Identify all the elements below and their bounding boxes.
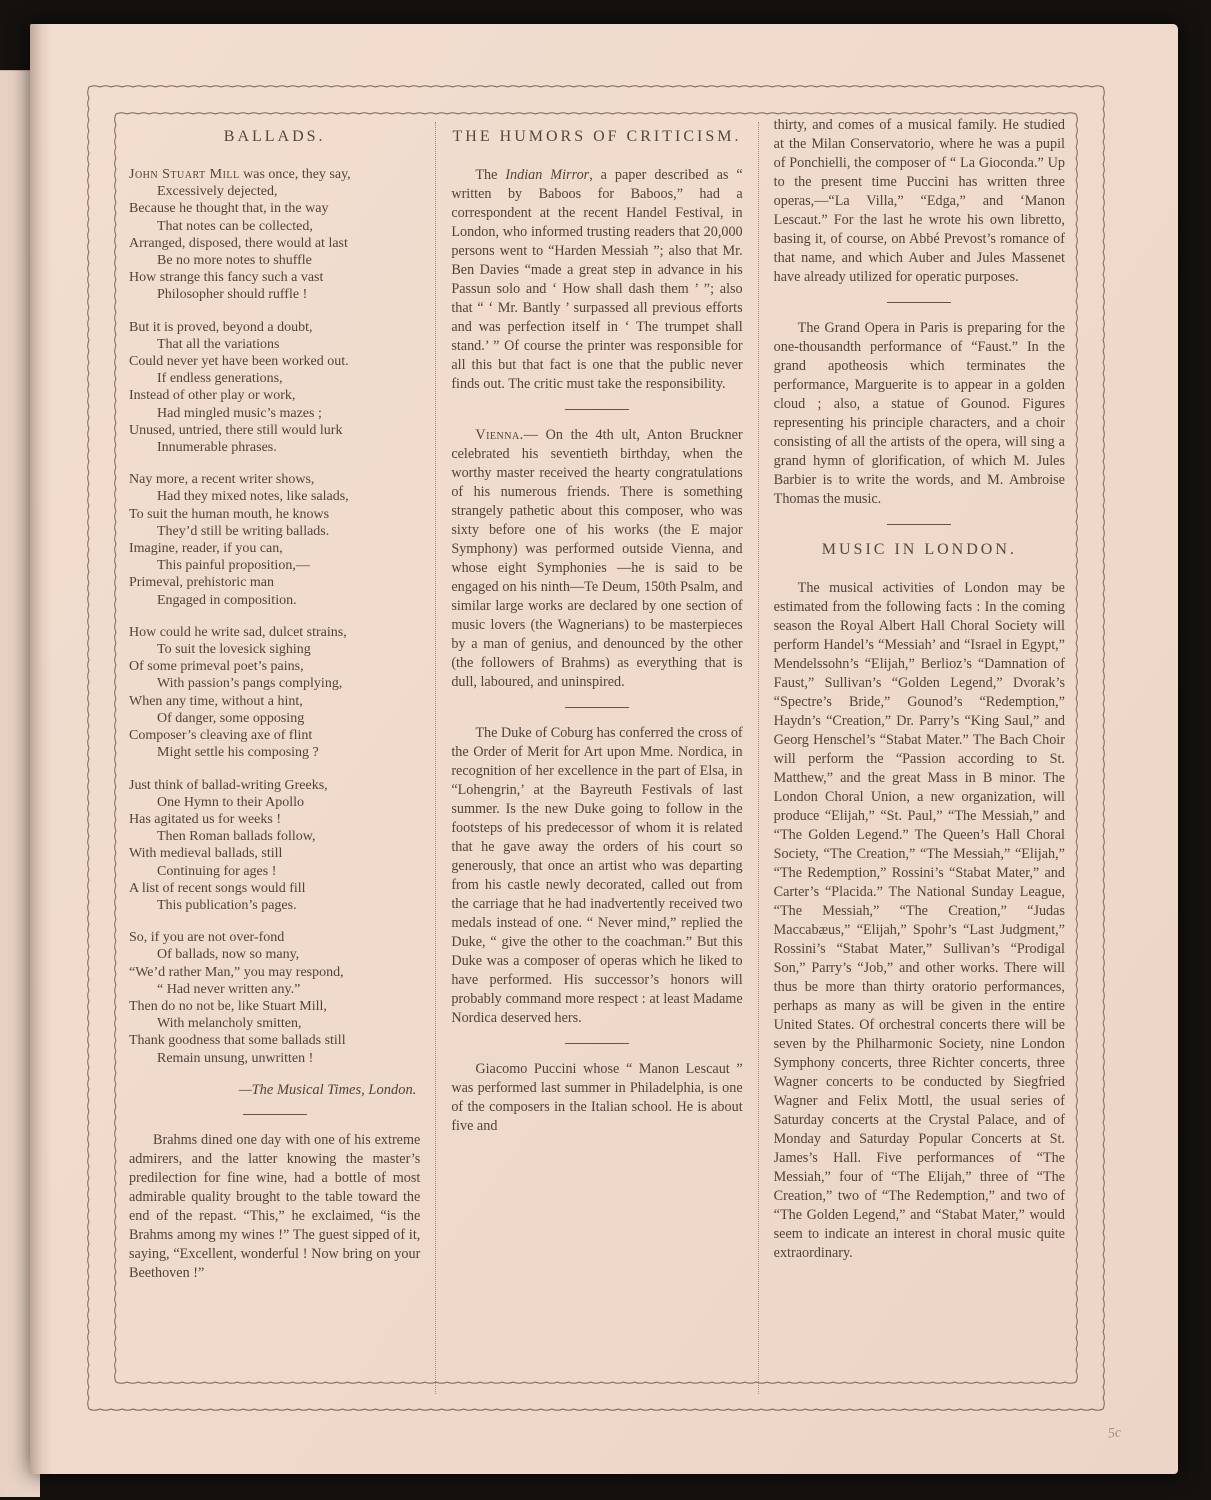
poem-stanza-5: Just think of ballad-writing Greeks, One… xyxy=(129,777,420,915)
poem-stanza-1-rest: Excessively dejected, Because he thought… xyxy=(129,184,348,302)
article-body: , a paper described as “ written by Babo… xyxy=(451,167,742,392)
article-separator xyxy=(565,707,629,708)
humors-of-criticism-title: THE HUMORS OF CRITICISM. xyxy=(451,128,742,146)
poem-smallcaps-lead: John Stuart Mill xyxy=(129,167,240,182)
indian-mirror-article: The Indian Mirror, a paper described as … xyxy=(451,166,742,394)
poem-stanza-4: How could he write sad, dulcet strains, … xyxy=(129,624,420,762)
article-separator xyxy=(243,1114,307,1115)
photo-background: BALLADS. John Stuart Mill was once, they… xyxy=(0,0,1211,1500)
grand-opera-paris-article: The Grand Opera in Paris is preparing fo… xyxy=(774,319,1065,509)
article-separator xyxy=(887,524,951,525)
page-content: BALLADS. John Stuart Mill was once, they… xyxy=(114,116,1080,1404)
article-body: — On the 4th ult, Anton Bruckner celebra… xyxy=(451,427,742,690)
article-lead: The xyxy=(475,167,505,183)
column-left: BALLADS. John Stuart Mill was once, they… xyxy=(114,116,435,1404)
pencil-price-mark: 5c xyxy=(1107,1425,1122,1442)
poem-stanza-6: So, if you are not over-fond Of ballads,… xyxy=(129,929,420,1067)
vienna-bruckner-article: Vienna.— On the 4th ult, Anton Bruckner … xyxy=(451,426,742,692)
program-page: BALLADS. John Stuart Mill was once, they… xyxy=(30,24,1178,1474)
poem-attribution: —The Musical Times, London. xyxy=(129,1082,420,1099)
poem-stanza-3: Nay more, a recent writer shows, Had the… xyxy=(129,471,420,609)
column-right: thirty, and comes of a musical family. H… xyxy=(759,116,1080,1404)
duke-of-coburg-article: The Duke of Coburg has conferred the cro… xyxy=(451,724,742,1028)
puccini-article-continuation: thirty, and comes of a musical family. H… xyxy=(774,116,1065,287)
article-separator xyxy=(565,409,629,410)
puccini-article-start: Giacomo Puccini whose “ Manon Lescaut ” … xyxy=(451,1060,742,1136)
article-separator xyxy=(887,302,951,303)
poem-stanza-1: John Stuart Mill was once, they say, Exc… xyxy=(129,166,420,304)
vienna-dateline: Vienna. xyxy=(475,427,523,443)
brahms-anecdote: Brahms dined one day with one of his ext… xyxy=(129,1131,420,1283)
ballads-poem: John Stuart Mill was once, they say, Exc… xyxy=(129,166,420,1067)
music-in-london-title: MUSIC IN LONDON. xyxy=(774,541,1065,559)
poem-stanza-2: But it is proved, beyond a doubt, That a… xyxy=(129,319,420,457)
ballads-title: BALLADS. xyxy=(129,128,420,146)
indian-mirror-name: Indian Mirror xyxy=(505,167,589,183)
article-separator xyxy=(565,1043,629,1044)
music-in-london-article: The musical activities of London may be … xyxy=(774,579,1065,1263)
poem-line1-rest: was once, they say, xyxy=(240,167,351,182)
binding-crease xyxy=(30,24,52,1474)
column-middle: THE HUMORS OF CRITICISM. The Indian Mirr… xyxy=(436,116,757,1404)
